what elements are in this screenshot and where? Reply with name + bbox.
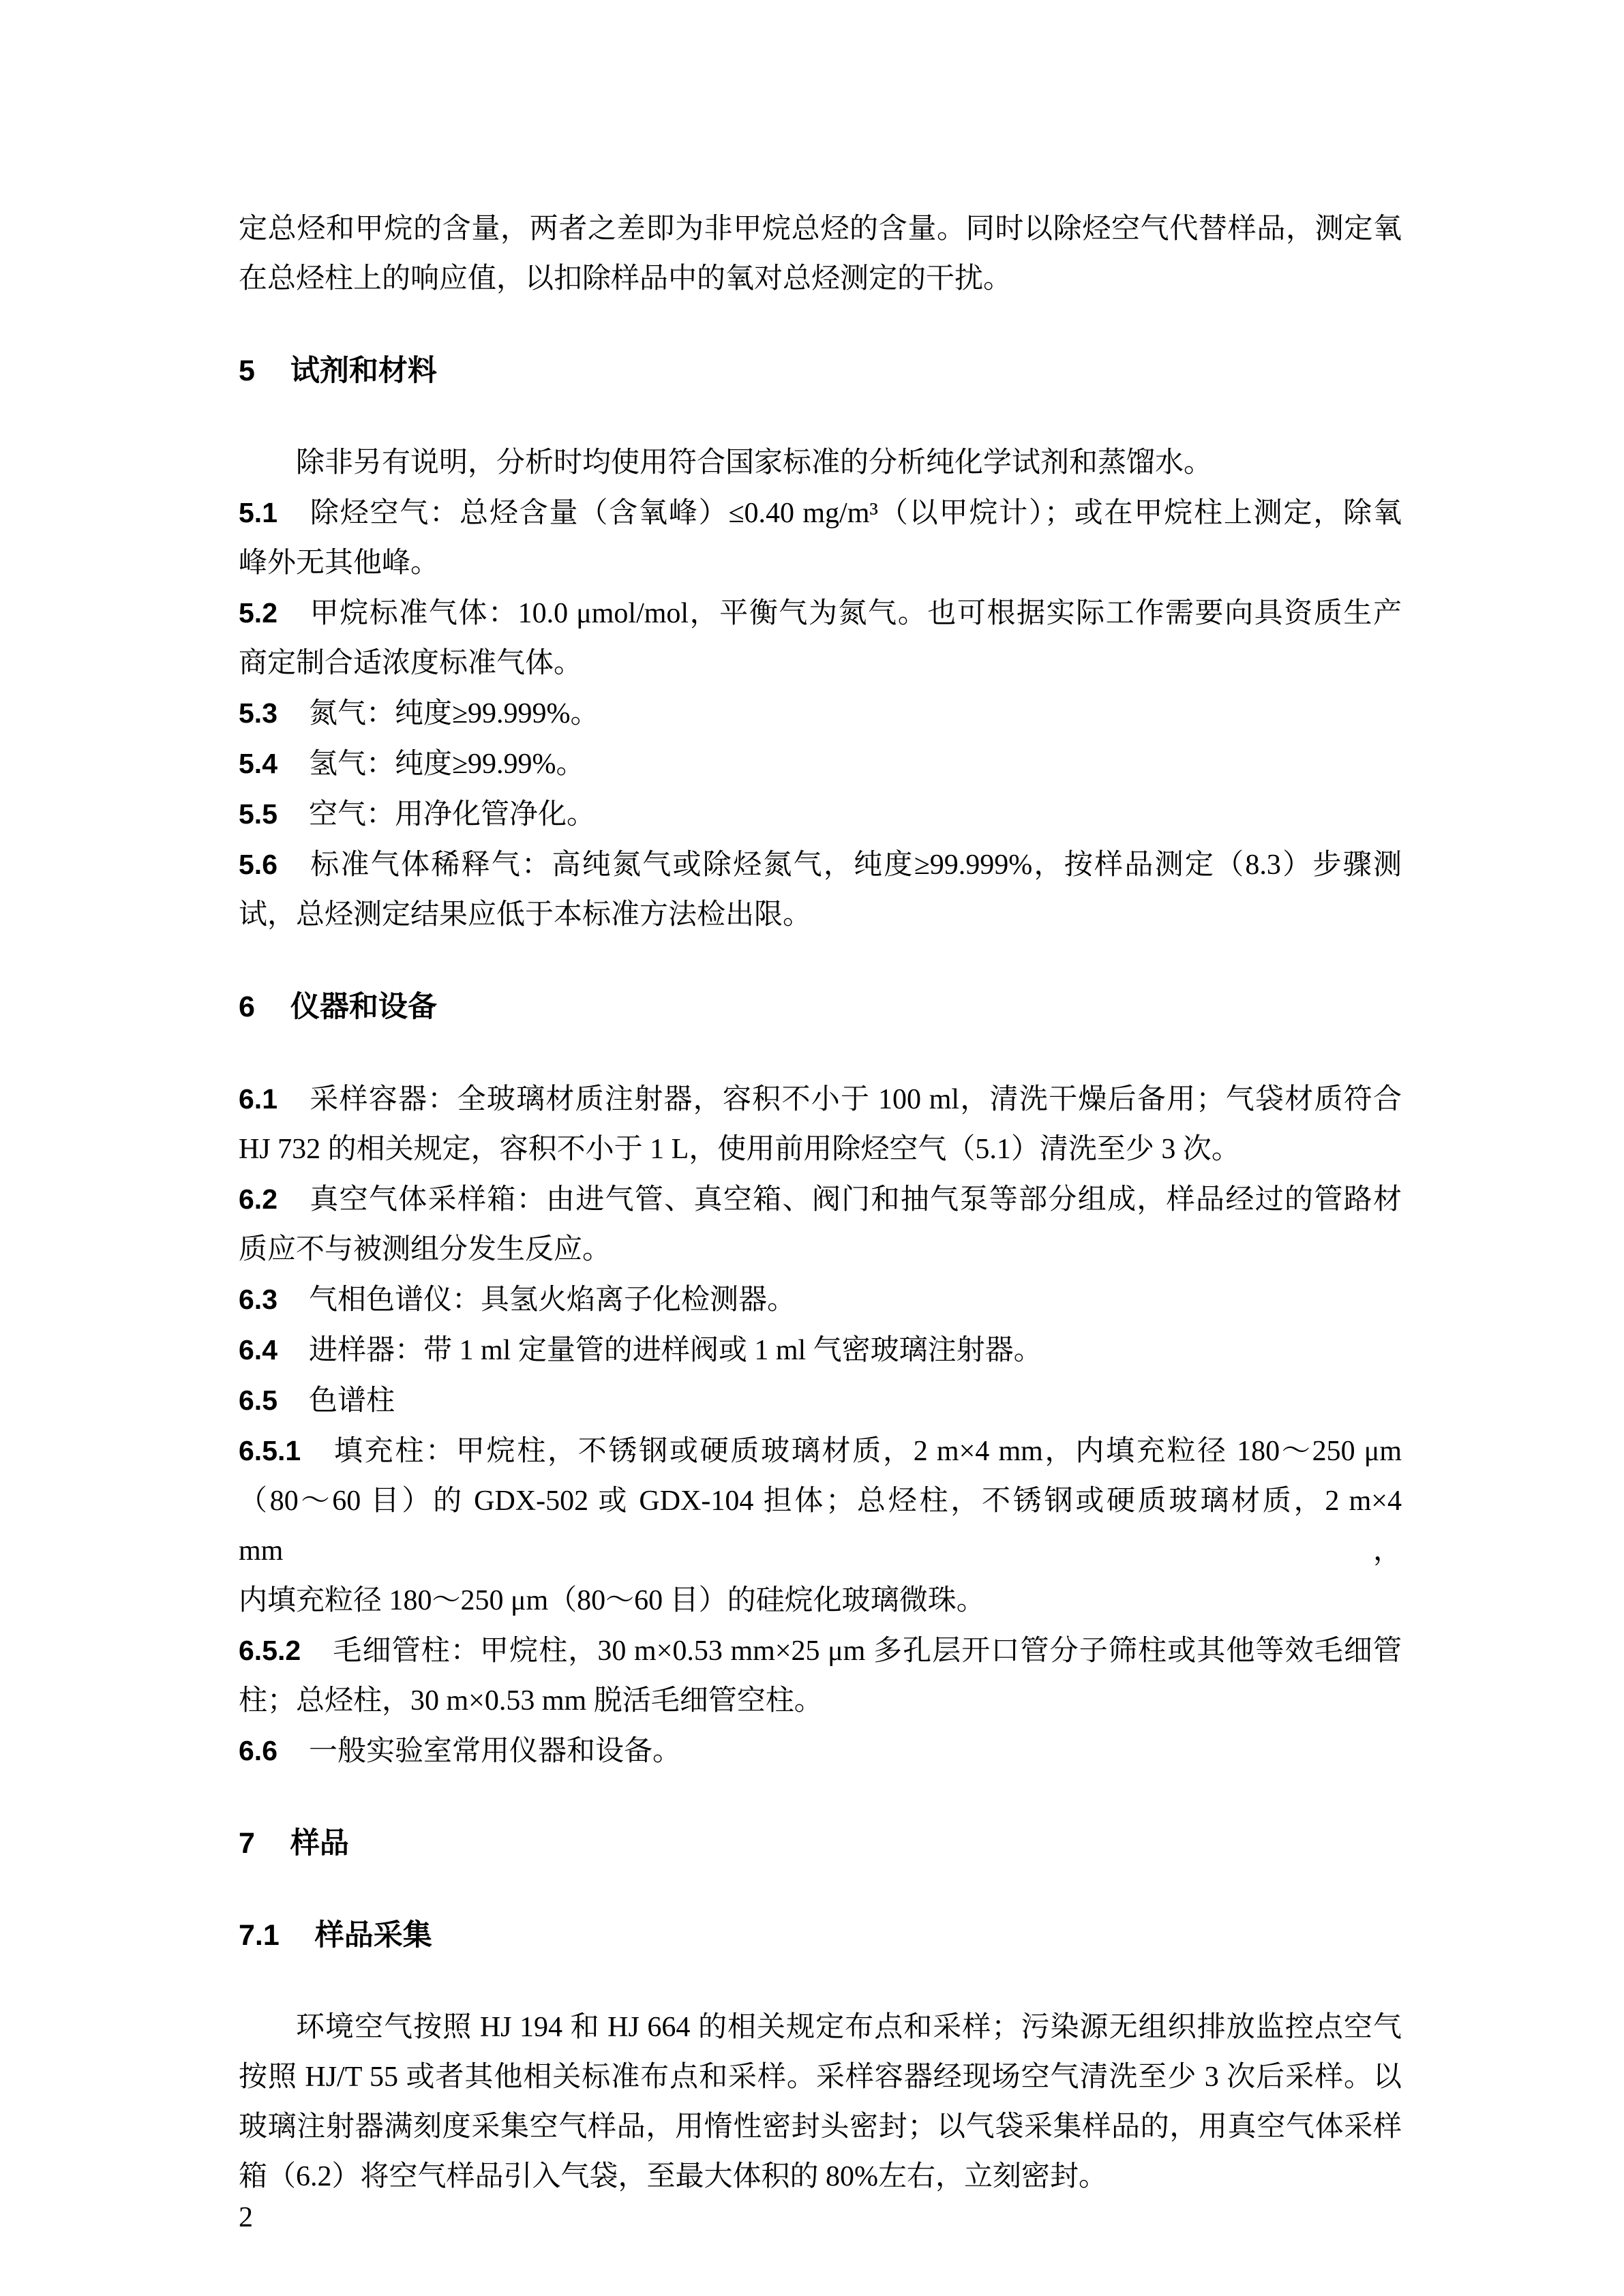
clause-6-3: 6.3气相色谱仪：具氢火焰离子化检测器。 [239,1275,1402,1325]
document-body: 定总烃和甲烷的含量，两者之差即为非甲烷总烃的含量。同时以除烃空气代替样品，测定氧… [239,205,1402,2233]
clause-text: 填充柱：甲烷柱，不锈钢或硬质玻璃材质，2 m×4 mm，内填充粒径 180～25… [332,1436,1402,1467]
clause-number: 6.5 [239,1385,277,1416]
text-line: 环境空气按照 HJ 194 和 HJ 664 的相关规定布点和采样；污染源无组织… [239,2003,1402,2053]
paragraph: 除非另有说明，分析时均使用符合国家标准的分析纯化学试剂和蒸馏水。 [239,438,1402,488]
clause-6-6: 6.6一般实验室常用仪器和设备。 [239,1726,1402,1777]
text-line: 玻璃注射器满刻度采集空气样品，用惰性密封头密封；以气袋采集样品的，用真空气体采样 [239,2102,1402,2152]
heading-number: 7.1 [239,1919,280,1952]
clause-number: 5.3 [239,697,277,729]
clause-6-5-2: 6.5.2毛细管柱：甲烷柱，30 m×0.53 mm×25 μm 多孔层开口管分… [239,1626,1402,1726]
text-line: 6.1采样容器：全玻璃材质注射器，容积不小于 100 ml，清洗干燥后备用；气袋… [239,1074,1402,1125]
clause-text: 除烃空气：总烃含量（含氧峰）≤0.40 mg/m³（以甲烷计）；或在甲烷柱上测定… [309,498,1402,529]
clause-5-6: 5.6标准气体稀释气：高纯氮气或除烃氮气，纯度≥99.999%，按样品测定（8.… [239,840,1402,940]
section-heading-6: 6仪器和设备 [239,982,1402,1032]
clause-number: 5.6 [239,849,277,880]
clause-5-3: 5.3氮气：纯度≥99.999%。 [239,689,1402,739]
clause-text: 标准气体稀释气：高纯氮气或除烃氮气，纯度≥99.999%，按样品测定（8.3）步… [309,849,1402,881]
clause-text: 进样器：带 1 ml 定量管的进样阀或 1 ml 气密玻璃注射器。 [309,1335,1042,1366]
text-line: 在总烃柱上的响应值，以扣除样品中的氧对总烃测定的干扰。 [239,254,1402,304]
section-heading-5: 5试剂和材料 [239,346,1402,396]
document-page: 定总烃和甲烷的含量，两者之差即为非甲烷总烃的含量。同时以除烃空气代替样品，测定氧… [0,0,1624,2296]
clause-5-2: 5.2甲烷标准气体：10.0 μmol/mol，平衡气为氮气。也可根据实际工作需… [239,588,1402,689]
clause-6-4: 6.4进样器：带 1 ml 定量管的进样阀或 1 ml 气密玻璃注射器。 [239,1325,1402,1376]
text-line: HJ 732 的相关规定，容积不小于 1 L，使用前用除烃空气（5.1）清洗至少… [239,1125,1402,1175]
clause-5-5: 5.5空气：用净化管净化。 [239,789,1402,840]
heading-title: 试剂和材料 [290,354,437,387]
text-line: 5.2甲烷标准气体：10.0 μmol/mol，平衡气为氮气。也可根据实际工作需… [239,588,1402,639]
heading-title: 样品 [290,1827,349,1860]
text-line: 6.2真空气体采样箱：由进气管、真空箱、阀门和抽气泵等部分组成，样品经过的管路材 [239,1175,1402,1225]
text-line: 商定制合适浓度标准气体。 [239,639,1402,689]
clause-text: 氢气：纯度≥99.99%。 [309,749,585,780]
clause-number: 5.1 [239,497,277,528]
section-heading-7: 7样品 [239,1819,1402,1869]
paragraph: 定总烃和甲烷的含量，两者之差即为非甲烷总烃的含量。同时以除烃空气代替样品，测定氧… [239,205,1402,304]
clause-5-1: 5.1除烃空气：总烃含量（含氧峰）≤0.40 mg/m³（以甲烷计）；或在甲烷柱… [239,488,1402,588]
text-line: （80～60 目）的 GDX-502 或 GDX-104 担体；总烃柱，不锈钢或… [239,1477,1402,1576]
text-line: 按照 HJ/T 55 或者其他相关标准布点和采样。采样容器经现场空气清洗至少 3… [239,2053,1402,2102]
clause-number: 6.1 [239,1083,277,1115]
clause-5-4: 5.4氢气：纯度≥99.99%。 [239,739,1402,789]
subsection-heading-7-1: 7.1样品采集 [239,1911,1402,1961]
paragraph: 环境空气按照 HJ 194 和 HJ 664 的相关规定布点和采样；污染源无组织… [239,2003,1402,2202]
heading-number: 5 [239,354,255,387]
clause-number: 6.4 [239,1334,277,1365]
clause-text: 色谱柱 [309,1385,395,1417]
clause-text: 空气：用净化管净化。 [309,799,595,830]
clause-number: 6.2 [239,1183,277,1215]
clause-number: 6.6 [239,1735,277,1766]
text-line: 柱；总烃柱，30 m×0.53 mm 脱活毛细管空柱。 [239,1676,1402,1726]
heading-number: 6 [239,991,255,1023]
heading-title: 仪器和设备 [290,991,437,1023]
text-line: 定总烃和甲烷的含量，两者之差即为非甲烷总烃的含量。同时以除烃空气代替样品，测定氧 [239,205,1402,254]
text-line: 5.1除烃空气：总烃含量（含氧峰）≤0.40 mg/m³（以甲烷计）；或在甲烷柱… [239,488,1402,539]
clause-6-5-1: 6.5.1填充柱：甲烷柱，不锈钢或硬质玻璃材质，2 m×4 mm，内填充粒径 1… [239,1426,1402,1626]
page-number: 2 [239,2202,1402,2233]
text-line: 峰外无其他峰。 [239,539,1402,588]
clause-text: 真空气体采样箱：由进气管、真空箱、阀门和抽气泵等部分组成，样品经过的管路材 [309,1184,1402,1215]
clause-6-2: 6.2真空气体采样箱：由进气管、真空箱、阀门和抽气泵等部分组成，样品经过的管路材… [239,1175,1402,1275]
clause-text: 氮气：纯度≥99.999%。 [309,698,599,729]
clause-number: 5.2 [239,597,277,629]
text-line: 6.5.1填充柱：甲烷柱，不锈钢或硬质玻璃材质，2 m×4 mm，内填充粒径 1… [239,1426,1402,1477]
clause-6-5: 6.5色谱柱 [239,1376,1402,1426]
text-line: 质应不与被测组分发生反应。 [239,1225,1402,1275]
text-line: 试，总烃测定结果应低于本标准方法检出限。 [239,890,1402,940]
clause-number: 6.5.1 [239,1435,301,1466]
text-line: 6.5.2毛细管柱：甲烷柱，30 m×0.53 mm×25 μm 多孔层开口管分… [239,1626,1402,1676]
clause-text: 甲烷标准气体：10.0 μmol/mol，平衡气为氮气。也可根据实际工作需要向具… [309,598,1402,629]
heading-title: 样品采集 [315,1919,432,1952]
text-line: 除非另有说明，分析时均使用符合国家标准的分析纯化学试剂和蒸馏水。 [239,438,1402,488]
clause-number: 5.5 [239,798,277,830]
text-line: 内填充粒径 180～250 μm（80～60 目）的硅烷化玻璃微珠。 [239,1576,1402,1626]
text-line: 箱（6.2）将空气样品引入气袋，至最大体积的 80%左右，立刻密封。 [239,2152,1402,2202]
clause-6-1: 6.1采样容器：全玻璃材质注射器，容积不小于 100 ml，清洗干燥后备用；气袋… [239,1074,1402,1175]
text-line: 5.6标准气体稀释气：高纯氮气或除烃氮气，纯度≥99.999%，按样品测定（8.… [239,840,1402,890]
clause-text: 毛细管柱：甲烷柱，30 m×0.53 mm×25 μm 多孔层开口管分子筛柱或其… [332,1635,1402,1667]
heading-number: 7 [239,1827,255,1860]
clause-text: 一般实验室常用仪器和设备。 [309,1736,681,1767]
clause-text: 采样容器：全玻璃材质注射器，容积不小于 100 ml，清洗干燥后备用；气袋材质符… [309,1084,1402,1115]
clause-number: 6.5.2 [239,1635,301,1666]
clause-text: 气相色谱仪：具氢火焰离子化检测器。 [309,1284,796,1316]
clause-number: 5.4 [239,748,277,779]
clause-number: 6.3 [239,1284,277,1315]
